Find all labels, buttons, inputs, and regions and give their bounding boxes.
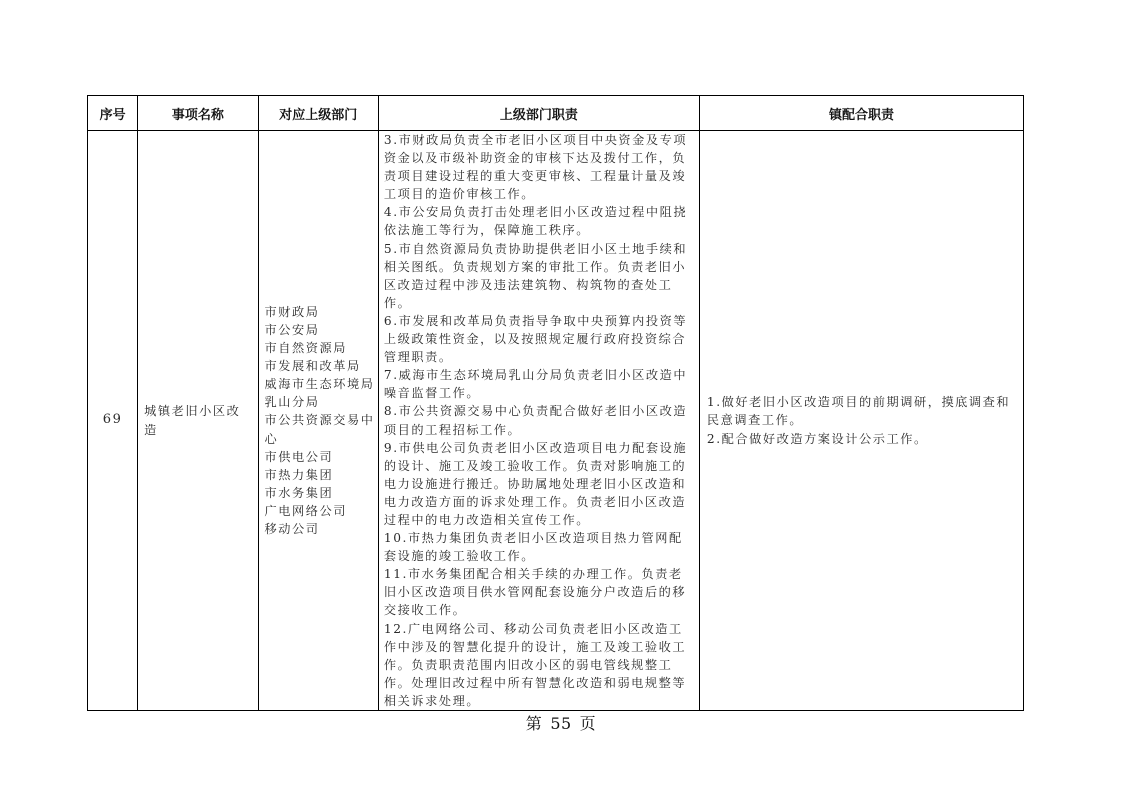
town-duty-item: 2.配合做好改造方案设计公示工作。 <box>707 430 1017 448</box>
header-item-name: 事项名称 <box>138 96 258 131</box>
department-item: 市财政局 <box>265 303 375 321</box>
duty-item: 10.市热力集团负责老旧小区改造项目热力管网配套设施的竣工验收工作。 <box>384 529 695 565</box>
department-item: 市自然资源局 <box>265 339 375 357</box>
department-item: 市供电公司 <box>265 448 375 466</box>
item-name-cell: 城镇老旧小区改造 <box>138 131 258 711</box>
page-footer: 第55页 <box>0 711 1122 734</box>
superior-duties-cell: 3.市财政局负责全市老旧小区项目中央资金及专项资金以及市级补助资金的审核下达及拨… <box>378 131 699 711</box>
page-suffix: 页 <box>580 714 597 733</box>
department-item: 市发展和改革局 <box>265 357 375 375</box>
table-row: 69 城镇老旧小区改造 市财政局 市公安局 市自然资源局 市发展和改革局 威海市… <box>88 131 1024 711</box>
duty-item: 3.市财政局负责全市老旧小区项目中央资金及专项资金以及市级补助资金的审核下达及拨… <box>384 131 695 203</box>
department-item: 广电网络公司 <box>265 502 375 520</box>
duty-item: 9.市供电公司负责老旧小区改造项目电力配套设施的设计、施工及竣工验收工作。负责对… <box>384 439 695 529</box>
duty-item: 12.广电网络公司、移动公司负责老旧小区改造工作中涉及的智慧化提升的设计，施工及… <box>384 620 695 710</box>
header-superior-duties: 上级部门职责 <box>378 96 699 131</box>
page-prefix: 第 <box>526 714 543 733</box>
department-item: 市公安局 <box>265 321 375 339</box>
town-duties-cell: 1.做好老旧小区改造项目的前期调研，摸底调查和民意调查工作。 2.配合做好改造方… <box>699 131 1023 711</box>
table-header-row: 序号 事项名称 对应上级部门 上级部门职责 镇配合职责 <box>88 96 1024 131</box>
responsibility-table: 序号 事项名称 对应上级部门 上级部门职责 镇配合职责 69 城镇老旧小区改造 … <box>87 95 1024 711</box>
duty-item: 6.市发展和改革局负责指导争取中央预算内投资等上级政策性资金，以及按照规定履行政… <box>384 312 695 366</box>
duty-item: 5.市自然资源局负责协助提供老旧小区土地手续和相关图纸。负责规划方案的审批工作。… <box>384 240 695 312</box>
department-item: 市热力集团 <box>265 466 375 484</box>
department-item: 市水务集团 <box>265 484 375 502</box>
town-duty-item: 1.做好老旧小区改造项目的前期调研，摸底调查和民意调查工作。 <box>707 393 1017 429</box>
department-item: 移动公司 <box>265 520 375 538</box>
seq-cell: 69 <box>88 131 138 711</box>
duty-item: 4.市公安局负责打击处理老旧小区改造过程中阻挠依法施工等行为，保障施工秩序。 <box>384 203 695 239</box>
page-number: 55 <box>550 714 571 733</box>
department-item: 市公共资源交易中心 <box>265 411 375 447</box>
departments-cell: 市财政局 市公安局 市自然资源局 市发展和改革局 威海市生态环境局乳山分局 市公… <box>258 131 378 711</box>
duty-item: 8.市公共资源交易中心负责配合做好老旧小区改造项目的工程招标工作。 <box>384 402 695 438</box>
header-departments: 对应上级部门 <box>258 96 378 131</box>
header-town-duties: 镇配合职责 <box>699 96 1023 131</box>
department-item: 威海市生态环境局乳山分局 <box>265 375 375 411</box>
header-seq: 序号 <box>88 96 138 131</box>
duty-item: 11.市水务集团配合相关手续的办理工作。负责老旧小区改造项目供水管网配套设施分户… <box>384 565 695 619</box>
duty-item: 7.威海市生态环境局乳山分局负责老旧小区改造中噪音监督工作。 <box>384 366 695 402</box>
